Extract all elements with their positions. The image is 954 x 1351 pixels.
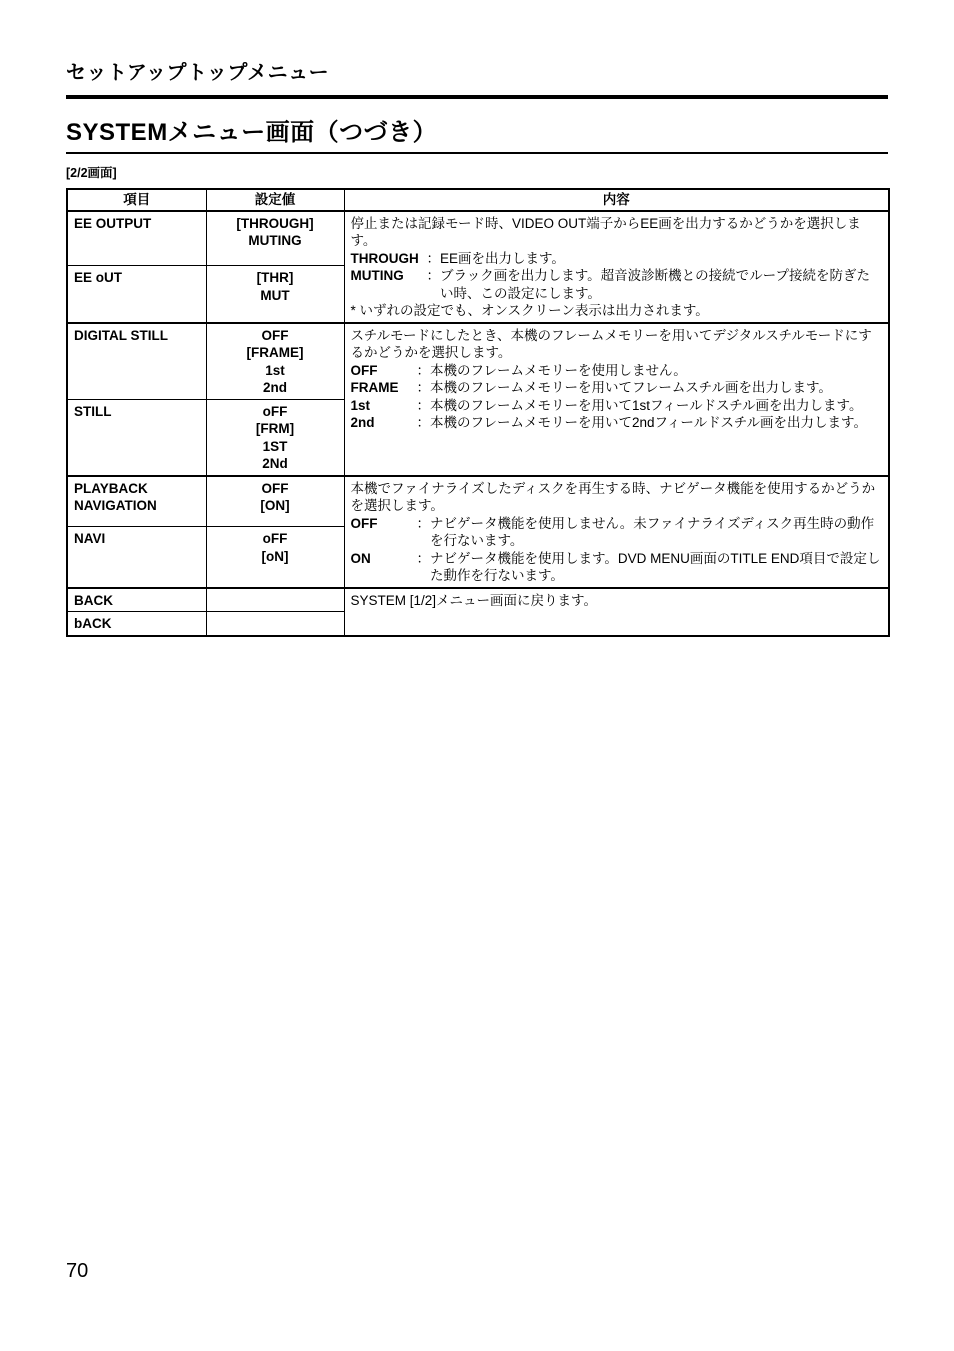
value-line: [FRAME] (209, 344, 342, 362)
page-title: SYSTEMメニュー画面（つづき） (66, 112, 888, 147)
content-intro: 本機でファイナライズしたディスクを再生する時、ナビゲータ機能を使用するかどうかを… (351, 480, 884, 515)
definition-desc: 本機のフレームメモリーを用いてフレームスチル画を出力します。 (430, 379, 883, 397)
definition-term: THROUGH (351, 250, 427, 268)
definition-term: FRAME (351, 379, 417, 397)
value-line: oFF (209, 403, 342, 421)
value-cell: [THROUGH] MUTING (206, 211, 344, 266)
definition-colon: ： (427, 267, 441, 285)
table-header-row: 項目 設定値 内容 (67, 189, 889, 211)
section-divider (66, 95, 888, 99)
definition-row: THROUGH ： EE画を出力します。 (351, 250, 884, 268)
definition-term: 2nd (351, 414, 417, 432)
content-cell: 停止または記録モード時、VIDEO OUT端子からEE画を出力するかどうかを選択… (344, 211, 889, 323)
definition-colon: ： (427, 250, 441, 268)
definition-term: MUTING (351, 267, 427, 285)
header-item: 項目 (67, 189, 206, 211)
value-line: MUT (209, 287, 342, 305)
value-line: OFF (209, 327, 342, 345)
item-cell: EE oUT (67, 266, 206, 323)
definition-row: OFF ： ナビゲータ機能を使用しません。未ファイナライズディスク再生時の動作を… (351, 515, 884, 550)
definition-desc: ナビゲータ機能を使用しません。未ファイナライズディスク再生時の動作を行ないます。 (430, 515, 883, 550)
section-header: セットアップトップメニュー (66, 56, 888, 85)
value-cell: OFF [ON] (206, 476, 344, 527)
settings-table: 項目 設定値 内容 EE OUTPUT [THROUGH] MUTING 停止ま… (66, 188, 890, 637)
value-line: OFF (209, 480, 342, 498)
table-row: EE OUTPUT [THROUGH] MUTING 停止または記録モード時、V… (67, 211, 889, 266)
table-row: DIGITAL STILL OFF [FRAME] 1st 2nd スチルモード… (67, 323, 889, 400)
content-cell: スチルモードにしたとき、本機のフレームメモリーを用いてデジタルスチルモードにする… (344, 323, 889, 476)
value-line: oFF (209, 530, 342, 548)
value-line: [oN] (209, 548, 342, 566)
value-line: 2nd (209, 379, 342, 397)
value-cell (206, 588, 344, 612)
item-cell: NAVI (67, 527, 206, 588)
definition-term: OFF (351, 362, 417, 380)
header-value: 設定値 (206, 189, 344, 211)
definition-colon: ： (417, 379, 431, 397)
table-row: PLAYBACK NAVIGATION OFF [ON] 本機でファイナライズし… (67, 476, 889, 527)
table-row: BACK SYSTEM [1/2]メニュー画面に戻ります。 (67, 588, 889, 612)
definition-colon: ： (417, 362, 431, 380)
value-line: [THROUGH] (209, 215, 342, 233)
header-description: 内容 (344, 189, 889, 211)
screen-count-label: [2/2画面] (66, 163, 888, 181)
value-cell (206, 612, 344, 636)
page-number: 70 (66, 1260, 88, 1283)
definition-row: OFF ： 本機のフレームメモリーを使用しません。 (351, 362, 884, 380)
value-line: 2Nd (209, 455, 342, 473)
value-cell: oFF [oN] (206, 527, 344, 588)
definition-desc: ナビゲータ機能を使用します。DVD MENU画面のTITLE END項目で設定し… (430, 550, 883, 585)
definition-colon: ： (417, 397, 431, 415)
definition-desc: 本機のフレームメモリーを用いて2ndフィールドスチル画を出力します。 (430, 414, 883, 432)
value-cell: OFF [FRAME] 1st 2nd (206, 323, 344, 400)
content-note: * いずれの設定でも、オンスクリーン表示は出力されます。 (351, 302, 884, 320)
definition-row: ON ： ナビゲータ機能を使用します。DVD MENU画面のTITLE END項… (351, 550, 884, 585)
value-line: [ON] (209, 497, 342, 515)
item-cell: PLAYBACK NAVIGATION (67, 476, 206, 527)
content-intro: スチルモードにしたとき、本機のフレームメモリーを用いてデジタルスチルモードにする… (351, 327, 884, 362)
definition-term: OFF (351, 515, 417, 533)
content-cell: 本機でファイナライズしたディスクを再生する時、ナビゲータ機能を使用するかどうかを… (344, 476, 889, 588)
page-container: セットアップトップメニュー SYSTEMメニュー画面（つづき） [2/2画面] … (0, 0, 954, 637)
value-line: 1st (209, 362, 342, 380)
definition-desc: 本機のフレームメモリーを使用しません。 (430, 362, 883, 380)
value-line: [FRM] (209, 420, 342, 438)
title-divider (66, 152, 888, 154)
definition-colon: ： (417, 414, 431, 432)
value-line: 1ST (209, 438, 342, 456)
item-cell: STILL (67, 399, 206, 476)
content-intro: 停止または記録モード時、VIDEO OUT端子からEE画を出力するかどうかを選択… (351, 215, 884, 250)
item-cell: DIGITAL STILL (67, 323, 206, 400)
definition-row: 1st ： 本機のフレームメモリーを用いて1stフィールドスチル画を出力します。 (351, 397, 884, 415)
definition-row: FRAME ： 本機のフレームメモリーを用いてフレームスチル画を出力します。 (351, 379, 884, 397)
definition-term: ON (351, 550, 417, 568)
item-cell: bACK (67, 612, 206, 636)
item-cell: EE OUTPUT (67, 211, 206, 266)
value-cell: oFF [FRM] 1ST 2Nd (206, 399, 344, 476)
value-line: [THR] (209, 269, 342, 287)
content-cell: SYSTEM [1/2]メニュー画面に戻ります。 (344, 588, 889, 636)
value-cell: [THR] MUT (206, 266, 344, 323)
definition-desc: 本機のフレームメモリーを用いて1stフィールドスチル画を出力します。 (430, 397, 883, 415)
definition-colon: ： (417, 515, 431, 533)
definition-term: 1st (351, 397, 417, 415)
definition-colon: ： (417, 550, 431, 568)
content-intro: SYSTEM [1/2]メニュー画面に戻ります。 (351, 592, 884, 610)
value-line: MUTING (209, 232, 342, 250)
definition-desc: EE画を出力します。 (440, 250, 883, 268)
item-cell: BACK (67, 588, 206, 612)
definition-row: MUTING ： ブラック画を出力します。超音波診断機との接続でループ接続を防ぎ… (351, 267, 884, 302)
definition-row: 2nd ： 本機のフレームメモリーを用いて2ndフィールドスチル画を出力します。 (351, 414, 884, 432)
definition-desc: ブラック画を出力します。超音波診断機との接続でループ接続を防ぎたい時、この設定に… (440, 267, 883, 302)
